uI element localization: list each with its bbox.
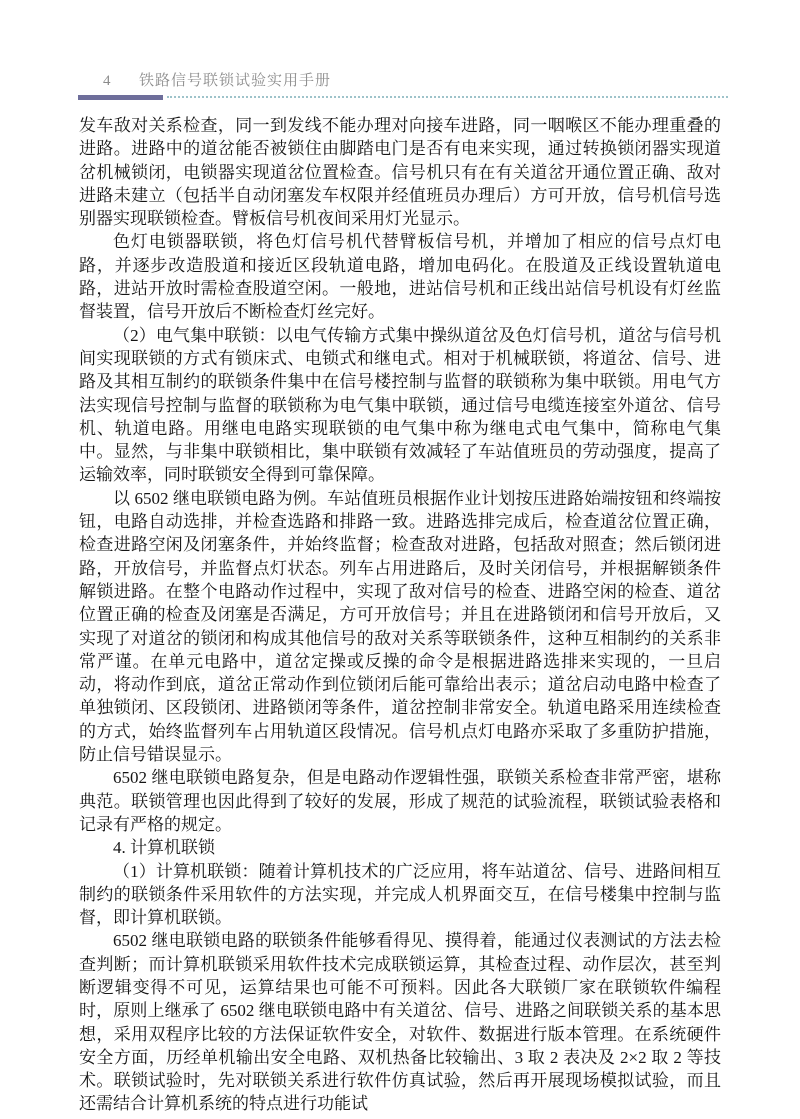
paragraph: 6502 继电联锁电路复杂，但是电路动作逻辑性强，联锁关系检查非常严密，堪称典范… — [79, 766, 721, 836]
running-head-row: 4 铁路信号联锁试验实用手册 — [78, 72, 728, 90]
running-head: 4 铁路信号联锁试验实用手册 — [78, 72, 728, 100]
dotted-rule — [167, 96, 728, 98]
section-heading: 4. 计算机联锁 — [79, 836, 721, 859]
paragraph: （2）电气集中联锁：以电气传输方式集中操纵道岔及色灯信号机，道岔与信号机间实现联… — [79, 324, 721, 487]
page-body-text: 发车敌对关系检查，同一到发线不能办理对向接车进路，同一咽喉区不能办理重叠的进路。… — [79, 114, 721, 1116]
header-rule — [78, 94, 728, 100]
book-page: 4 铁路信号联锁试验实用手册 发车敌对关系检查，同一到发线不能办理对向接车进路，… — [0, 0, 800, 1119]
page-number: 4 — [103, 72, 111, 90]
paragraph: 发车敌对关系检查，同一到发线不能办理对向接车进路，同一咽喉区不能办理重叠的进路。… — [79, 114, 721, 230]
book-title: 铁路信号联锁试验实用手册 — [139, 72, 331, 90]
paragraph: 色灯电锁器联锁，将色灯信号机代替臂板信号机，并增加了相应的信号点灯电路，并逐步改… — [79, 230, 721, 323]
accent-bar — [78, 95, 163, 100]
paragraph: 以 6502 继电联锁电路为例。车站值班员根据作业计划按压进路始端按钮和终端按钮… — [79, 487, 721, 767]
paragraph: 6502 继电联锁电路的联锁条件能够看得见、摸得着，能通过仪表测试的方法去检查判… — [79, 929, 721, 1115]
paragraph: （1）计算机联锁：随着计算机技术的广泛应用，将车站道岔、信号、进路间相互制约的联… — [79, 860, 721, 930]
